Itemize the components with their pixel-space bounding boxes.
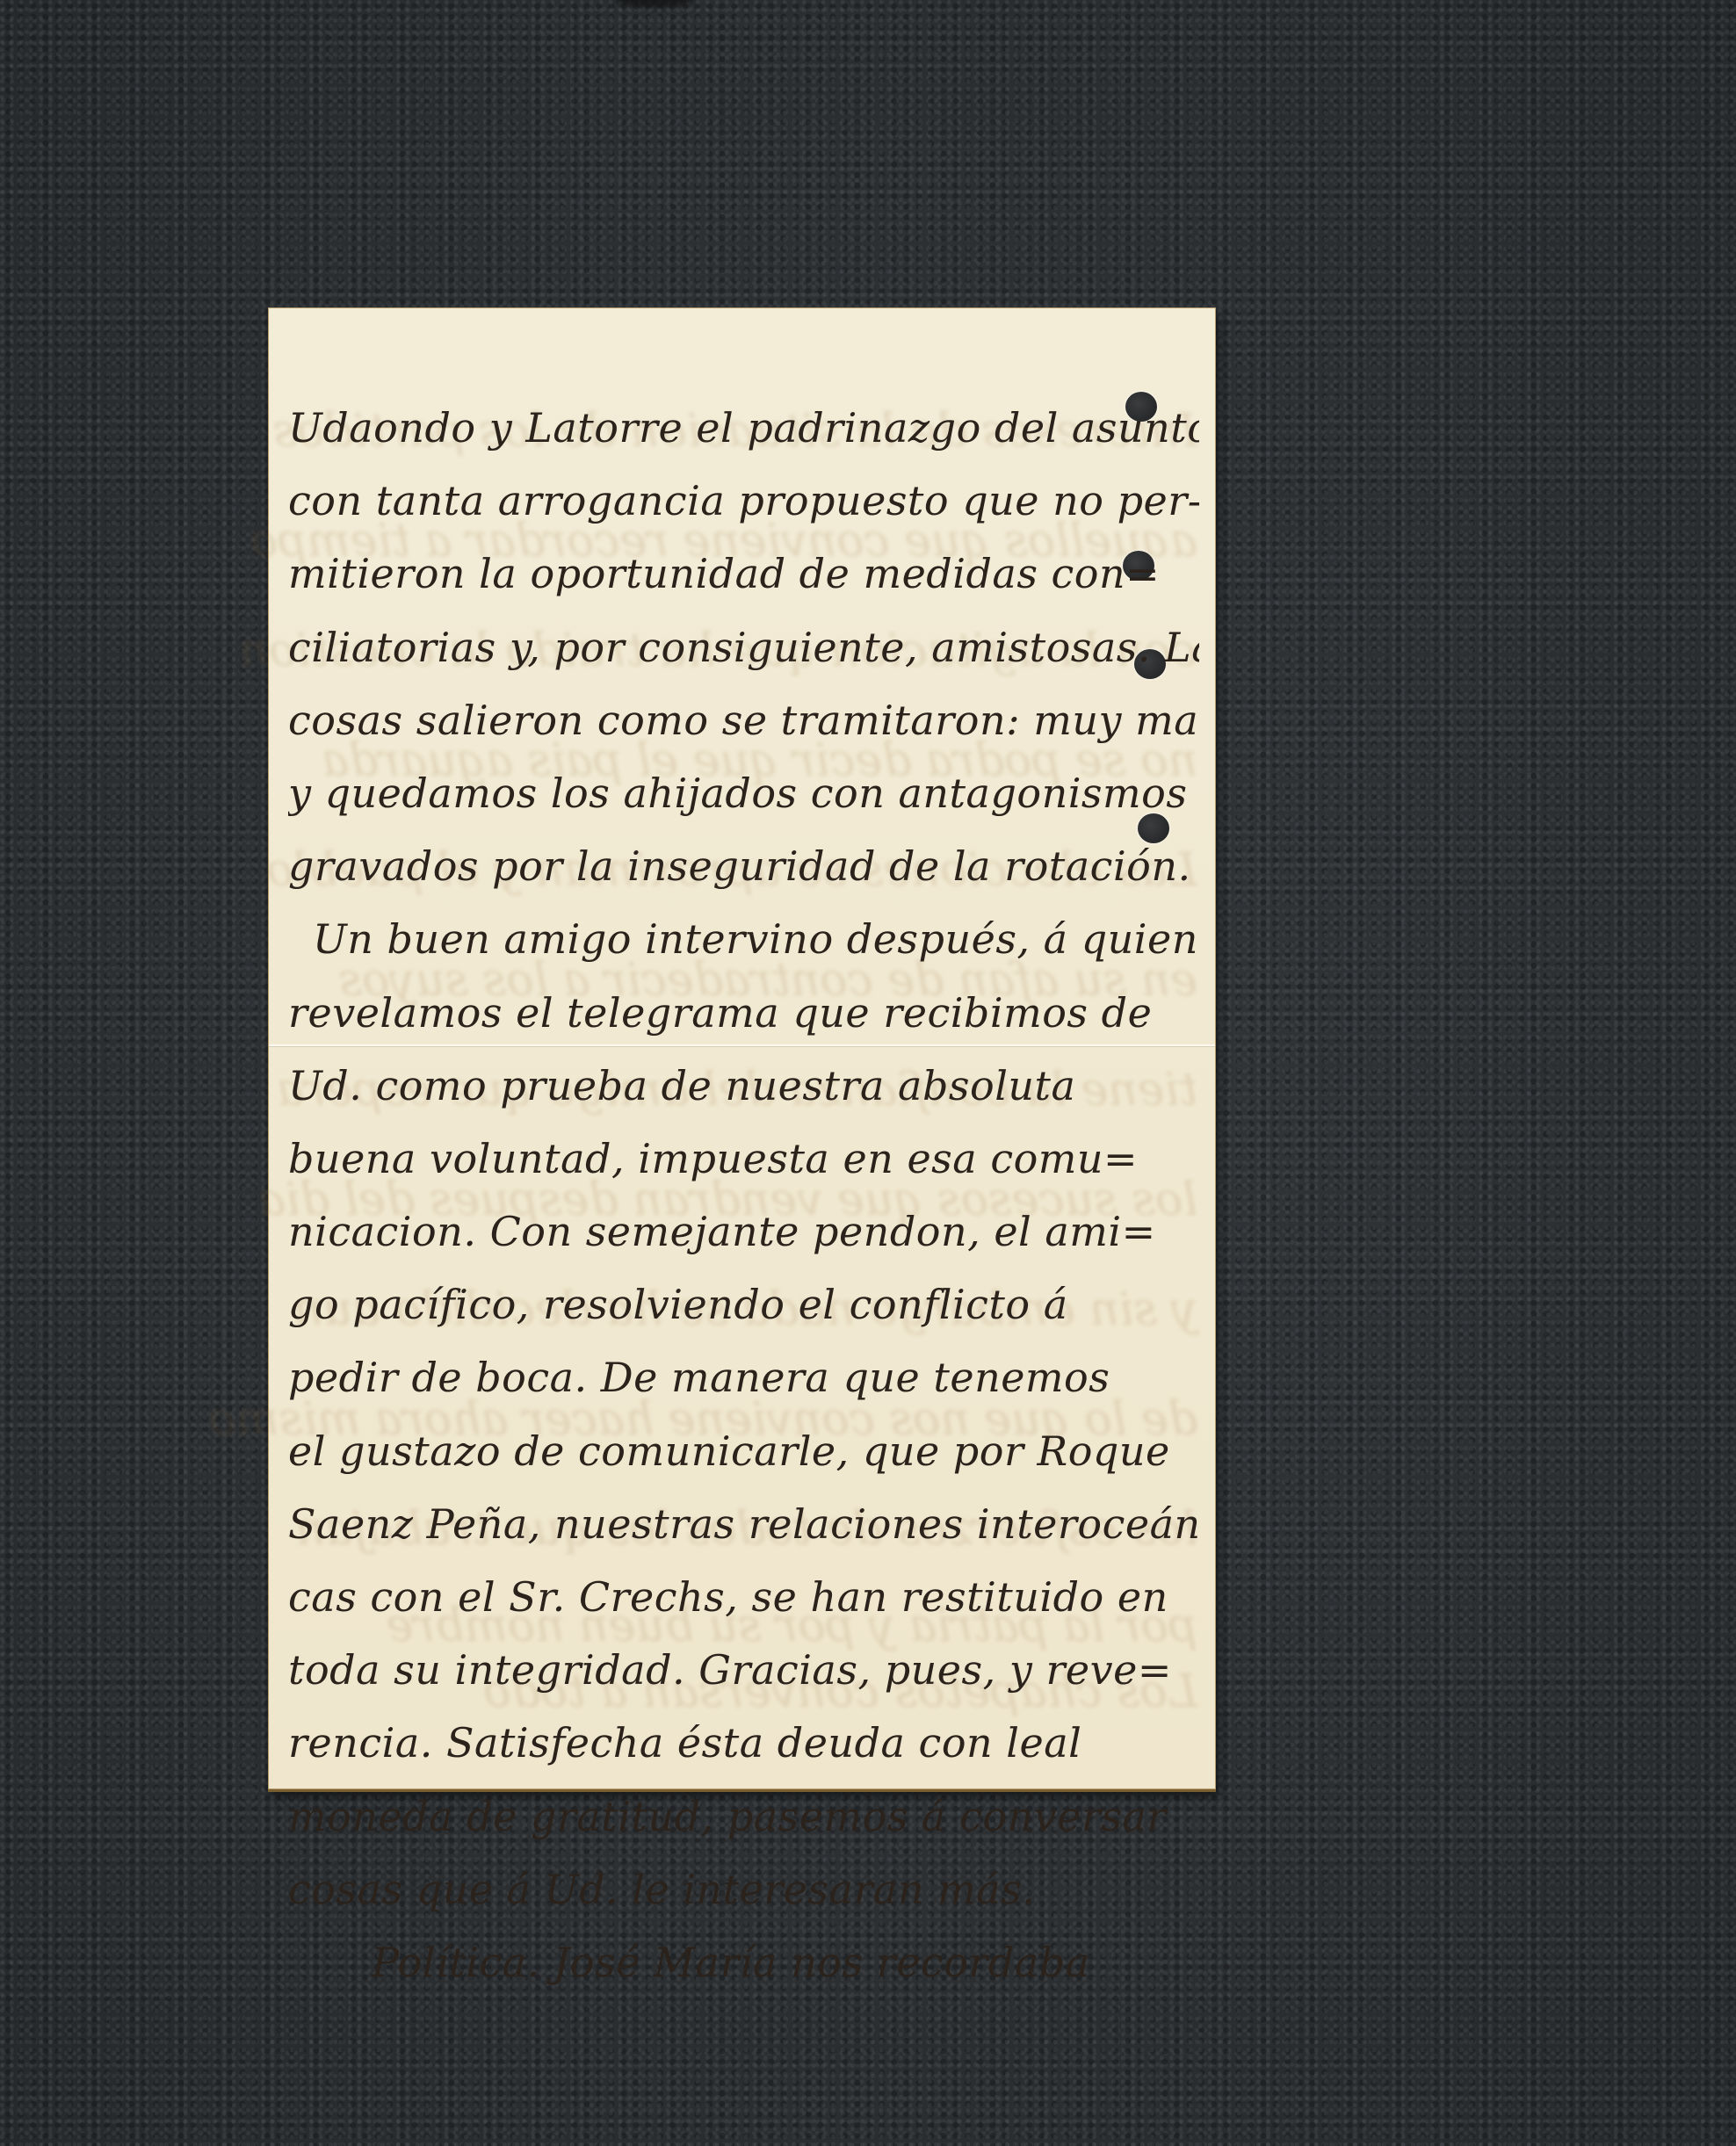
text-line: pedir de boca. De manera que tenemos xyxy=(288,1341,1199,1414)
text-line: revelamos el telegrama que recibimos de xyxy=(288,977,1199,1050)
text-line: Saenz Peña, nuestras relaciones interoce… xyxy=(288,1488,1199,1561)
text-line: Ud. como prueba de nuestra absoluta xyxy=(288,1050,1199,1123)
text-line: ciliatorias y, por consiguiente, amistos… xyxy=(288,611,1199,684)
top-edge-smudge xyxy=(615,0,694,7)
text-line: cosas salieron como se tramitaron: muy m… xyxy=(288,684,1199,757)
text-line: go pacífico, resolviendo el conflicto á xyxy=(288,1268,1199,1341)
handwritten-text: Udaondo y Latorre el padrinazgo del asun… xyxy=(288,392,1199,1999)
text-line: mitieron la oportunidad de medidas con= xyxy=(288,538,1199,611)
text-line: rencia. Satisfecha ésta deuda con leal xyxy=(288,1707,1199,1780)
text-line: y quedamos los ahijados con antagonismos… xyxy=(288,757,1199,830)
text-line: toda su integridad. Gracias, pues, y rev… xyxy=(288,1634,1199,1707)
text-line: el gustazo de comunicarle, que por Roque xyxy=(288,1415,1199,1488)
text-line: Udaondo y Latorre el padrinazgo del asun… xyxy=(288,392,1199,465)
text-line: cosas que á Ud. le interesaran más. xyxy=(288,1853,1199,1926)
text-line: gravados por la inseguridad de la rotaci… xyxy=(288,830,1199,903)
letter-page: Intereses de la situacion de los partido… xyxy=(268,307,1216,1789)
text-line: Un buen amigo intervino después, á quien xyxy=(288,903,1199,976)
text-line: con tanta arrogancia propuesto que no pe… xyxy=(288,465,1199,538)
text-line: moneda de gratitud, pasemos á conversar xyxy=(288,1781,1199,1853)
text-line: Política. José María nos recordaba xyxy=(288,1926,1199,1999)
text-line: buena voluntad, impuesta en esa comu= xyxy=(288,1123,1199,1196)
text-line: cas con el Sr. Crechs, se han restituido… xyxy=(288,1561,1199,1634)
text-line: nicacion. Con semejante pendon, el ami= xyxy=(288,1196,1199,1268)
